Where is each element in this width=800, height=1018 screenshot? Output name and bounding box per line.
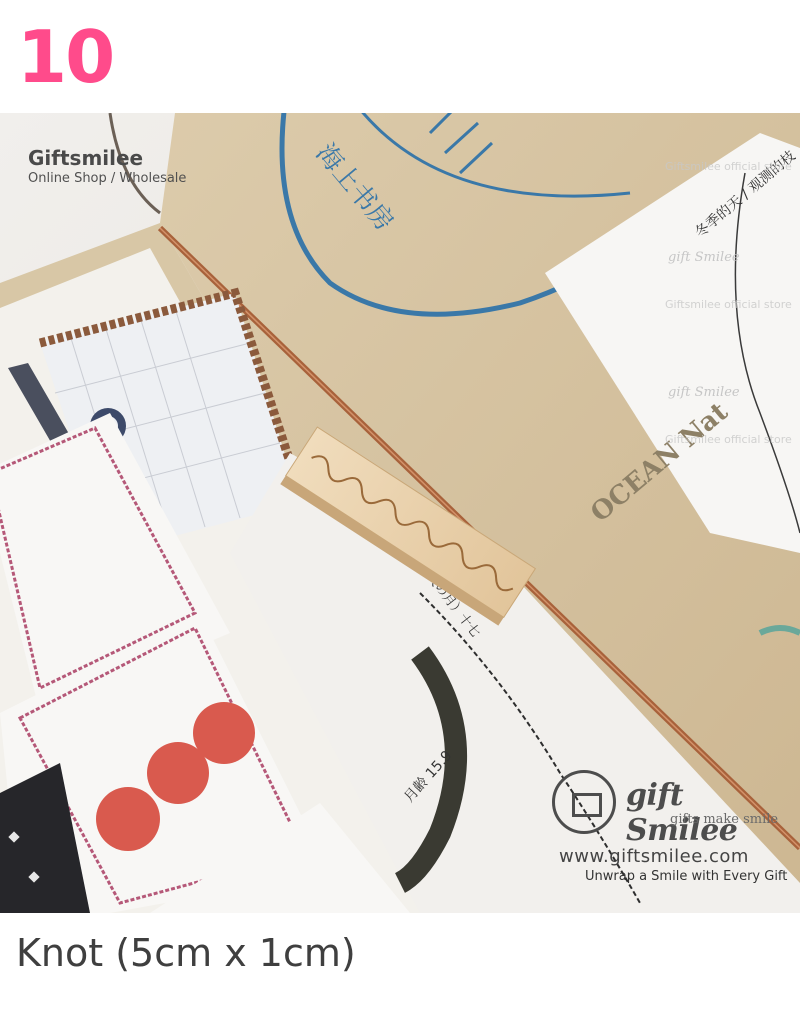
svg-text:Giftsmilee official store: Giftsmilee official store (665, 298, 792, 311)
brand-subtitle: Online Shop / Wholesale (28, 170, 186, 188)
svg-text:gift Smilee: gift Smilee (668, 385, 740, 400)
svg-text:Giftsmilee official store: Giftsmilee official store (665, 433, 792, 446)
item-number: 10 (17, 14, 113, 100)
watermark-logo: gift Smilee gifts make smile (552, 770, 792, 840)
svg-text:Giftsmilee official store: Giftsmilee official store (665, 160, 792, 173)
watermark-slogan: Unwrap a Smile with Every Gift (585, 869, 787, 884)
watermark-tagline: gifts make smile (670, 812, 778, 827)
watermark-url: www.giftsmilee.com (559, 846, 749, 867)
product-photo: 海上书房 冬季的天 / 观测的枝 OCEAN Nat 月齢 15.9 「日曆」霜… (0, 113, 800, 913)
brand-overlay: Giftsmilee Online Shop / Wholesale (28, 146, 186, 188)
product-caption: Knot (5cm x 1cm) (16, 930, 356, 976)
gift-box-icon (552, 770, 616, 834)
brand-name: Giftsmilee (28, 146, 186, 170)
svg-text:gift Smilee: gift Smilee (668, 250, 740, 265)
